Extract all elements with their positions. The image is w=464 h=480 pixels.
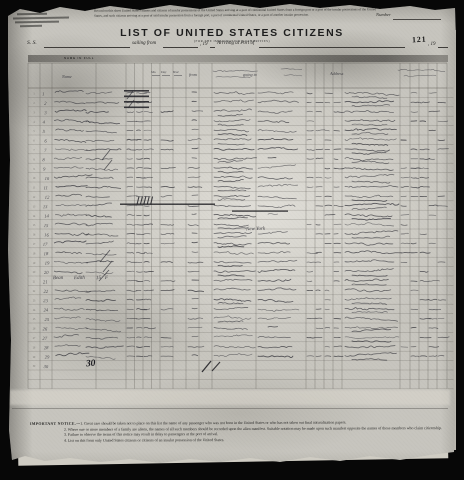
svg-text:6: 6: [44, 138, 47, 143]
form-instructions: Record on this sheet United States citiz…: [94, 7, 376, 18]
svg-text:1: 1: [33, 93, 35, 96]
svg-text:26: 26: [42, 326, 48, 331]
svg-text:15: 15: [44, 223, 49, 228]
svg-text:2: 2: [33, 102, 35, 105]
svg-text:3: 3: [44, 110, 47, 115]
faded-band: [10, 390, 450, 405]
svg-text:28: 28: [33, 346, 36, 349]
svg-text:24: 24: [33, 309, 36, 312]
handwriting-fragment: F: [105, 276, 108, 281]
arriving-label: Arriving at Port of: [217, 41, 254, 46]
svg-text:25: 25: [45, 317, 50, 322]
svg-text:20: 20: [33, 271, 36, 274]
svg-text:30: 30: [44, 364, 49, 369]
sailing-from-label: sailing from: [132, 41, 156, 46]
svg-text:1: 1: [42, 91, 45, 96]
svg-text:8: 8: [33, 158, 35, 161]
svg-text:19: 19: [45, 260, 50, 265]
ss-label: S. S.: [27, 40, 37, 46]
svg-text:23: 23: [33, 299, 36, 302]
svg-text:13: 13: [33, 205, 36, 208]
page-title: LIST OF UNITED STATES CITIZENS: [0, 27, 464, 39]
col-header-year: Year: [173, 70, 179, 74]
number-label: Number: [376, 12, 391, 17]
svg-text:15: 15: [33, 224, 36, 227]
svg-text:11: 11: [33, 187, 36, 190]
handwriting-fragment: New York: [246, 227, 265, 232]
svg-text:4: 4: [33, 121, 35, 124]
svg-text:7: 7: [33, 149, 35, 152]
svg-text:26: 26: [33, 328, 36, 331]
col-header-address: Address: [330, 71, 343, 76]
svg-text:17: 17: [33, 243, 36, 246]
svg-text:29: 29: [33, 356, 36, 359]
col-header-day: Day: [161, 70, 167, 74]
svg-text:14: 14: [44, 213, 49, 218]
svg-text:10: 10: [33, 177, 36, 180]
col-header-going-to: going to: [243, 72, 257, 77]
svg-text:18: 18: [44, 251, 49, 256]
svg-text:22: 22: [33, 290, 36, 293]
svg-text:14: 14: [33, 215, 36, 218]
svg-text:12: 12: [33, 196, 36, 199]
col-header-from: from: [189, 72, 197, 77]
notice-item-4: 4. List on this form only United States …: [64, 437, 450, 444]
scanned-manifest-photo: Record on this sheet United States citiz…: [0, 0, 464, 480]
svg-text:24: 24: [43, 307, 48, 312]
page-number-stamp: 121: [412, 35, 427, 45]
svg-text:5: 5: [42, 129, 45, 134]
svg-text:25: 25: [33, 318, 36, 321]
col-header-name: Name: [62, 74, 72, 79]
svg-text:16: 16: [33, 234, 36, 237]
col-header-mo: Mo.: [151, 70, 156, 74]
svg-text:20: 20: [44, 270, 49, 275]
svg-text:12: 12: [45, 195, 50, 200]
svg-text:8: 8: [42, 157, 45, 162]
year-blank-2: , 19: [428, 42, 436, 47]
year-blank-1: , 19: [200, 42, 208, 47]
number-blank: [393, 19, 441, 20]
name-in-full-label: NAME IN FULL: [64, 56, 94, 60]
svg-text:30: 30: [33, 365, 36, 368]
svg-text:11: 11: [44, 185, 48, 190]
svg-text:13: 13: [43, 204, 48, 209]
svg-text:18: 18: [33, 252, 36, 255]
svg-text:9: 9: [43, 167, 46, 172]
svg-text:6: 6: [33, 140, 35, 143]
svg-text:17: 17: [43, 242, 48, 247]
svg-text:29: 29: [45, 354, 50, 359]
svg-text:21: 21: [43, 279, 48, 284]
svg-text:4: 4: [43, 120, 46, 125]
handwriting-fragment: Bean: [53, 276, 63, 281]
svg-text:22: 22: [43, 289, 48, 294]
important-notice: IMPORTANT NOTICE.—1. Great care should b…: [30, 420, 450, 444]
handwriting-fragment: 15: [96, 276, 101, 281]
passenger-tally: 30: [86, 359, 96, 370]
svg-text:5: 5: [33, 130, 35, 133]
svg-text:7: 7: [44, 148, 47, 153]
handwriting-fragment: Edith: [74, 276, 85, 281]
fold-line: [12, 408, 448, 409]
svg-text:27: 27: [42, 336, 48, 341]
notice-heading: IMPORTANT NOTICE.—: [30, 422, 80, 426]
svg-text:19: 19: [33, 262, 36, 265]
svg-text:28: 28: [44, 345, 49, 350]
svg-text:27: 27: [33, 337, 36, 340]
svg-text:3: 3: [33, 111, 35, 114]
svg-text:2: 2: [44, 101, 47, 106]
svg-text:16: 16: [44, 232, 49, 237]
manifest-sheet: Record on this sheet United States citiz…: [0, 0, 464, 480]
svg-text:23: 23: [43, 298, 48, 303]
svg-text:10: 10: [45, 176, 50, 181]
svg-text:21: 21: [33, 281, 36, 284]
svg-text:9: 9: [33, 168, 35, 171]
